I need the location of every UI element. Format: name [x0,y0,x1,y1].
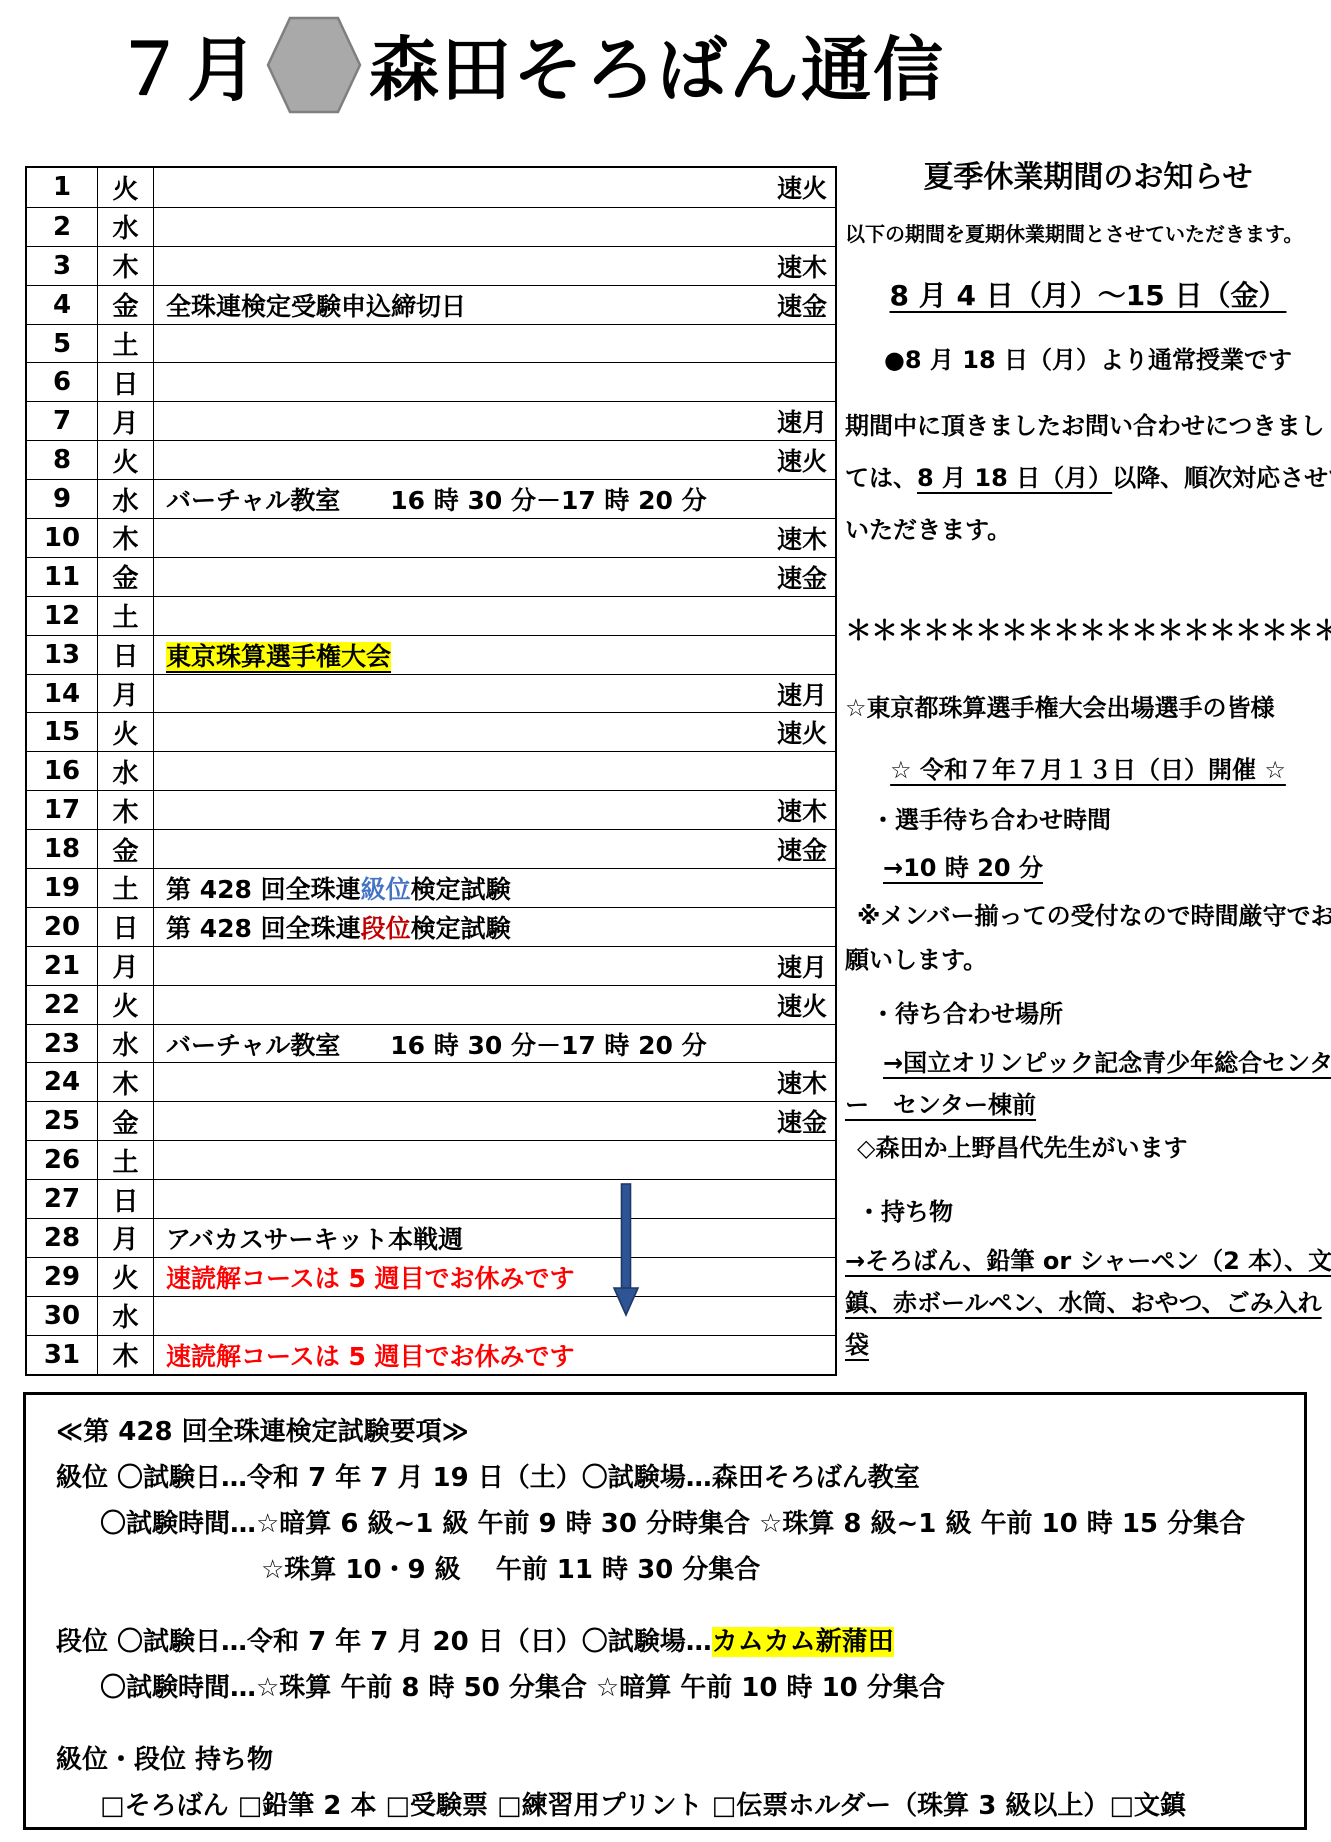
title-name: 森田そろばん通信 [369,14,945,115]
event-note: 第 428 回全珠連段位検定試験 [166,909,511,945]
right-column: 夏季休業期間のお知らせ以下の期間を夏期休業期間とさせていただきます。8 月 4 … [845,150,1331,1366]
belongings-checklist: □そろばん □鉛筆 2 本 □受験票 □練習用プリント □伝票ホルダー（珠算 3… [56,1783,1290,1829]
kyui-exam-time-2-part: ☆珠算 10・9 級 午前 11 時 30 分集合 [261,1555,760,1585]
closure-period-part: 8 月 4 日（月）～15 日（金） [890,279,1287,312]
event-cell: アバカスサーキット本戦週 [154,1219,835,1257]
punctuality-note-line: ※メンバー揃っての受付なので時間厳守でお [845,894,1331,938]
inquiry-response-note: 期間中に頂きましたお問い合わせにつきましては、8 月 18 日（月）以降、順次対… [845,400,1331,556]
summer-closure-heading-part: 夏季休業期間のお知らせ [923,160,1252,195]
weekday: 日 [98,363,154,401]
separator-stars: ＊＊＊＊＊＊＊＊＊＊＊＊＊＊＊＊＊＊＊ [845,612,1331,652]
belongings-list-part: 袋 [845,1331,869,1359]
calendar-table: 1火速火2水3木速木4金全珠連検定受験申込締切日速金5土6日7月速月8火速火9水… [25,166,837,1376]
belongings-list-part: 鎮、赤ボールペン、水筒、おやつ、ごみ入れ [845,1289,1322,1317]
event-cell: 速火 [154,441,835,479]
event-cell: 東京珠算選手権大会 [154,636,835,674]
punctuality-note-line: 願いします。 [845,938,1331,982]
weekday: 金 [98,286,154,324]
event-note-part: バーチャル教室 16 時 30 分－17 時 20 分 [166,486,707,515]
event-note: アバカスサーキット本戦週 [166,1220,463,1256]
weekday: 月 [98,1219,154,1257]
meeting-place-value: →国立オリンピック記念青少年総合センター センター棟前 [845,1042,1331,1126]
meeting-place-value-line: →国立オリンピック記念青少年総合センタ [845,1042,1331,1084]
weekday: 木 [98,247,154,285]
dan-exam-date-part: カムカム新蒲田 [712,1627,894,1657]
calendar-row: 24木速木 [27,1062,835,1101]
inquiry-response-note-part: ては、 [845,464,917,492]
day-number: 26 [27,1141,98,1179]
summer-closure-heading: 夏季休業期間のお知らせ [845,158,1331,198]
exam-info-box: ≪第 428 回全珠連検定試験要項≫級位 〇試験日…令和 7 年 7 月 19 … [23,1392,1307,1830]
meeting-place-label-line: ・待ち合わせ場所 [845,994,1331,1034]
event-cell [154,363,835,401]
calendar-row: 27日 [27,1179,835,1218]
dan-exam-time: 〇試験時間…☆珠算 午前 8 時 50 分集合 ☆暗算 午前 10 時 10 分… [56,1665,1290,1711]
exam-guidelines-title-part: ≪第 428 回全珠連検定試験要項≫ [56,1417,469,1447]
meeting-place-value-line: ー センター棟前 [845,1084,1331,1126]
punctuality-note-part: ※メンバー揃っての受付なので時間厳守でお [857,902,1331,930]
kyui-exam-time-2: ☆珠算 10・9 級 午前 11 時 30 分集合 [56,1547,1290,1593]
calendar-row: 31木速読解コースは 5 週目でお休みです [27,1335,835,1374]
day-number: 30 [27,1297,98,1335]
speed-class-tag: 速木 [777,248,827,284]
belongings-label: ・持ち物 [845,1192,1331,1232]
weekday: 火 [98,168,154,207]
day-number: 21 [27,947,98,985]
day-number: 13 [27,636,98,674]
calendar-row: 20日第 428 回全珠連段位検定試験 [27,907,835,946]
belongings-list-line: 鎮、赤ボールペン、水筒、おやつ、ごみ入れ [845,1282,1331,1324]
event-note: 第 428 回全珠連級位検定試験 [166,870,511,906]
day-number: 29 [27,1258,98,1296]
event-cell [154,1141,835,1179]
weekday: 土 [98,597,154,635]
calendar-row: 21月速月 [27,946,835,985]
event-cell: 速火 [154,168,835,207]
title-month: ７月 [115,14,259,115]
speed-class-tag: 速火 [777,987,827,1023]
day-number: 8 [27,441,98,479]
event-cell [154,597,835,635]
calendar-row: 12土 [27,596,835,635]
event-note: 速読解コースは 5 週目でお休みです [166,1259,575,1295]
speed-class-tag: 速木 [777,520,827,556]
day-number: 28 [27,1219,98,1257]
weekday: 金 [98,558,154,596]
tournament-heading-line: ☆東京都珠算選手権大会出場選手の皆様 [845,688,1331,728]
weekday: 土 [98,325,154,363]
belongings-list-line: →そろばん、鉛筆 or シャーペン（2 本）、文 [845,1240,1331,1282]
speed-class-tag: 速木 [777,792,827,828]
closure-intro-part: 以下の期間を夏期休業期間とさせていただきます。 [845,222,1303,246]
weekday: 土 [98,1141,154,1179]
event-cell: 速読解コースは 5 週目でお休みです [154,1258,835,1296]
kyui-exam-date-part: 級位 〇試験日…令和 7 年 7 月 19 日（土）〇試験場…森田そろばん教室 [56,1463,920,1493]
closure-intro: 以下の期間を夏期休業期間とさせていただきます。 [845,214,1331,254]
dan-exam-date: 段位 〇試験日…令和 7 年 7 月 20 日（日）〇試験場…カムカム新蒲田 [56,1619,1290,1665]
event-cell: 速火 [154,713,835,751]
event-note: 速読解コースは 5 週目でお休みです [166,1337,575,1373]
event-cell: 速読解コースは 5 週目でお休みです [154,1336,835,1374]
inquiry-response-note-part: 期間中に頂きましたお問い合わせにつきまし [845,412,1325,440]
calendar-row: 23水バーチャル教室 16 時 30 分－17 時 20 分 [27,1024,835,1063]
event-cell [154,208,835,246]
weekday: 水 [98,1025,154,1063]
day-number: 19 [27,869,98,907]
meeting-time-value-part: →10 時 20 分 [883,854,1043,882]
event-cell: 全珠連検定受験申込締切日速金 [154,286,835,324]
day-number: 17 [27,791,98,829]
teacher-note-part: ◇森田か上野昌代先生がいます [857,1134,1187,1162]
event-note-part: 全珠連検定受験申込締切日 [166,292,466,321]
event-cell: 速木 [154,1063,835,1101]
day-number: 6 [27,363,98,401]
inquiry-response-note-part: 8 月 18 日（月） [917,464,1112,492]
meeting-place-value-part: →国立オリンピック記念青少年総合センタ [883,1049,1331,1077]
weekday: 月 [98,675,154,713]
event-cell [154,325,835,363]
belongings-list-part: →そろばん、鉛筆 or シャーペン（2 本）、文 [845,1247,1331,1275]
event-cell: 第 428 回全珠連段位検定試験 [154,908,835,946]
meeting-time-label-part: ・選手待ち合わせ時間 [871,806,1111,834]
day-number: 27 [27,1180,98,1218]
weekday: 月 [98,947,154,985]
meeting-time-label-line: ・選手待ち合わせ時間 [845,800,1331,840]
closure-period-line: 8 月 4 日（月）～15 日（金） [845,276,1331,316]
day-number: 9 [27,480,98,518]
tournament-date-line: ☆ 令和７年７月１３日（日）開催 ☆ [845,750,1331,790]
weekday: 水 [98,752,154,790]
calendar-row: 8火速火 [27,440,835,479]
day-number: 20 [27,908,98,946]
event-note-part: 東京珠算選手権大会 [166,642,391,671]
speed-class-tag: 速月 [777,948,827,984]
event-note-part: 速読解コースは 5 週目でお休みです [166,1264,575,1293]
day-number: 22 [27,986,98,1024]
hexagon-icon [265,15,363,115]
weekday: 土 [98,869,154,907]
calendar-row: 7月速月 [27,401,835,440]
calendar-row: 4金全珠連検定受験申込締切日速金 [27,285,835,324]
speed-class-tag: 速金 [777,831,827,867]
punctuality-note-part: 願いします。 [845,946,987,974]
event-cell [154,752,835,790]
calendar-row: 2水 [27,207,835,246]
weekday: 火 [98,713,154,751]
weekday: 木 [98,1063,154,1101]
calendar-row: 26土 [27,1140,835,1179]
separator-stars-part: ＊＊＊＊＊＊＊＊＊＊＊＊＊＊＊＊＊＊＊ [845,616,1331,647]
normal-classes-resume-line: ●8 月 18 日（月）より通常授業です [845,340,1331,380]
weekday: 金 [98,830,154,868]
calendar-row: 11金速金 [27,557,835,596]
inquiry-response-note-part: いただきます。 [845,516,1011,544]
calendar-row: 15火速火 [27,712,835,751]
tournament-heading-part: ☆東京都珠算選手権大会出場選手の皆様 [845,694,1275,722]
page: ７月 森田そろばん通信 1火速火2水3木速木4金全珠連検定受験申込締切日速金5土… [0,0,1331,1842]
belongings-heading: 級位・段位 持ち物 [56,1737,1290,1783]
event-cell: 速金 [154,558,835,596]
punctuality-note: ※メンバー揃っての受付なので時間厳守でお願いします。 [845,894,1331,982]
day-number: 3 [27,247,98,285]
meeting-place-label: ・待ち合わせ場所 [845,994,1331,1034]
day-number: 14 [27,675,98,713]
event-note-part: 速読解コースは 5 週目でお休みです [166,1342,575,1371]
calendar-row: 1火速火 [27,168,835,207]
day-number: 24 [27,1063,98,1101]
day-number: 11 [27,558,98,596]
event-cell: 速木 [154,247,835,285]
inquiry-response-note-line: いただきます。 [845,504,1331,556]
event-cell: バーチャル教室 16 時 30 分－17 時 20 分 [154,1025,835,1063]
weekday: 木 [98,519,154,557]
calendar-row: 17木速木 [27,790,835,829]
event-note-part: 第 428 回全珠連 [166,914,361,943]
event-cell [154,1180,835,1218]
speed-class-tag: 速月 [777,403,827,439]
event-cell: 速木 [154,519,835,557]
belongings-label-part: ・持ち物 [857,1198,953,1226]
calendar-row: 19土第 428 回全珠連級位検定試験 [27,868,835,907]
belongings-list-line: 袋 [845,1324,1331,1366]
event-cell [154,1297,835,1335]
weekday: 月 [98,402,154,440]
weekday: 日 [98,908,154,946]
closure-intro-line: 以下の期間を夏期休業期間とさせていただきます。 [845,214,1331,254]
weekday: 水 [98,208,154,246]
event-cell: 速木 [154,791,835,829]
weekday: 金 [98,1102,154,1140]
calendar-row: 16水 [27,751,835,790]
day-number: 10 [27,519,98,557]
speed-class-tag: 速火 [777,169,827,205]
weekday: 木 [98,791,154,829]
day-number: 5 [27,325,98,363]
weekday: 日 [98,1180,154,1218]
event-note: 東京珠算選手権大会 [166,637,391,673]
calendar-row: 18金速金 [27,829,835,868]
speed-class-tag: 速火 [777,442,827,478]
event-note: バーチャル教室 16 時 30 分－17 時 20 分 [166,481,707,517]
speed-class-tag: 速火 [777,714,827,750]
day-number: 18 [27,830,98,868]
dan-exam-date-part: 段位 〇試験日…令和 7 年 7 月 20 日（日）〇試験場… [56,1627,712,1657]
calendar-row: 6日 [27,362,835,401]
meeting-time-value-line: →10 時 20 分 [845,848,1331,888]
weekday: 火 [98,986,154,1024]
event-note-part: 検定試験 [411,875,511,904]
day-number: 15 [27,713,98,751]
closure-period: 8 月 4 日（月）～15 日（金） [845,276,1331,316]
speed-class-tag: 速金 [777,287,827,323]
event-cell: 速火 [154,986,835,1024]
day-number: 16 [27,752,98,790]
calendar-row: 9水バーチャル教室 16 時 30 分－17 時 20 分 [27,479,835,518]
inquiry-response-note-line: 期間中に頂きましたお問い合わせにつきまし [845,400,1331,452]
speed-class-tag: 速木 [777,1064,827,1100]
speed-class-tag: 速月 [777,676,827,712]
weekday: 水 [98,480,154,518]
speed-class-tag: 速金 [777,559,827,595]
summer-closure-heading-line: 夏季休業期間のお知らせ [845,158,1331,198]
belongings-list: →そろばん、鉛筆 or シャーペン（2 本）、文鎮、赤ボールペン、水筒、おやつ、… [845,1240,1331,1366]
event-cell: 速金 [154,830,835,868]
event-note: 全珠連検定受験申込締切日 [166,287,466,323]
normal-classes-resume: ●8 月 18 日（月）より通常授業です [845,340,1331,380]
belongings-checklist-part: □そろばん □鉛筆 2 本 □受験票 □練習用プリント □伝票ホルダー（珠算 3… [100,1791,1186,1821]
day-number: 12 [27,597,98,635]
event-note-part: 検定試験 [411,914,511,943]
event-note-part: 第 428 回全珠連 [166,875,361,904]
event-cell: 速月 [154,947,835,985]
weekday: 日 [98,636,154,674]
day-number: 23 [27,1025,98,1063]
event-note-part: 級位 [361,875,411,904]
weekday: 火 [98,1258,154,1296]
meeting-time-value: →10 時 20 分 [845,848,1331,888]
meeting-place-value-part: ー センター棟前 [845,1091,1036,1119]
teacher-note-line: ◇森田か上野昌代先生がいます [845,1128,1331,1168]
belongings-label-line: ・持ち物 [845,1192,1331,1232]
event-note-part: 段位 [361,914,411,943]
normal-classes-resume-part: ●8 月 18 日（月）より通常授業です [884,346,1292,374]
event-cell: 速月 [154,675,835,713]
exam-guidelines-title: ≪第 428 回全珠連検定試験要項≫ [56,1409,1290,1455]
calendar-row: 10木速木 [27,518,835,557]
event-cell: バーチャル教室 16 時 30 分－17 時 20 分 [154,480,835,518]
calendar-row: 28月アバカスサーキット本戦週 [27,1218,835,1257]
day-number: 1 [27,168,98,207]
down-arrow-icon [612,1183,640,1319]
calendar-row: 25金速金 [27,1101,835,1140]
event-note-part: バーチャル教室 16 時 30 分－17 時 20 分 [166,1031,707,1060]
event-note-part: アバカスサーキット本戦週 [166,1225,463,1254]
day-number: 2 [27,208,98,246]
inquiry-response-note-line: ては、8 月 18 日（月）以降、順次対応させて [845,452,1331,504]
tournament-date-part: ☆ 令和７年７月１３日（日）開催 ☆ [890,756,1286,784]
dan-exam-time-part: 〇試験時間…☆珠算 午前 8 時 50 分集合 ☆暗算 午前 10 時 10 分… [100,1673,945,1703]
day-number: 25 [27,1102,98,1140]
speed-class-tag: 速金 [777,1103,827,1139]
kyui-exam-time: 〇試験時間…☆暗算 6 級~1 級 午前 9 時 30 分時集合 ☆珠算 8 級… [56,1501,1290,1547]
calendar-row: 22火速火 [27,985,835,1024]
weekday: 木 [98,1336,154,1374]
separator-stars-line: ＊＊＊＊＊＊＊＊＊＊＊＊＊＊＊＊＊＊＊ [845,612,1331,652]
newsletter-title: ７月 森田そろばん通信 [0,14,1060,115]
spacer [56,1593,1290,1619]
calendar-row: 3木速木 [27,246,835,285]
weekday: 火 [98,441,154,479]
calendar-row: 5土 [27,324,835,363]
kyui-exam-date: 級位 〇試験日…令和 7 年 7 月 19 日（土）〇試験場…森田そろばん教室 [56,1455,1290,1501]
calendar-row: 13日東京珠算選手権大会 [27,635,835,674]
calendar-row: 29火速読解コースは 5 週目でお休みです [27,1257,835,1296]
teacher-note: ◇森田か上野昌代先生がいます [845,1128,1331,1168]
calendar-row: 14月速月 [27,674,835,713]
spacer [56,1711,1290,1737]
day-number: 31 [27,1336,98,1374]
tournament-date: ☆ 令和７年７月１３日（日）開催 ☆ [845,750,1331,790]
day-number: 4 [27,286,98,324]
weekday: 水 [98,1297,154,1335]
event-note: バーチャル教室 16 時 30 分－17 時 20 分 [166,1026,707,1062]
tournament-heading: ☆東京都珠算選手権大会出場選手の皆様 [845,688,1331,728]
meeting-time-label: ・選手待ち合わせ時間 [845,800,1331,840]
belongings-heading-part: 級位・段位 持ち物 [56,1745,273,1775]
kyui-exam-time-part: 〇試験時間…☆暗算 6 級~1 級 午前 9 時 30 分時集合 ☆珠算 8 級… [100,1509,1245,1539]
meeting-place-label-part: ・待ち合わせ場所 [871,1000,1063,1028]
event-cell: 速金 [154,1102,835,1140]
inquiry-response-note-part: 以降、順次対応させて [1112,464,1331,492]
event-cell: 速月 [154,402,835,440]
calendar-row: 30水 [27,1296,835,1335]
day-number: 7 [27,402,98,440]
event-cell: 第 428 回全珠連級位検定試験 [154,869,835,907]
